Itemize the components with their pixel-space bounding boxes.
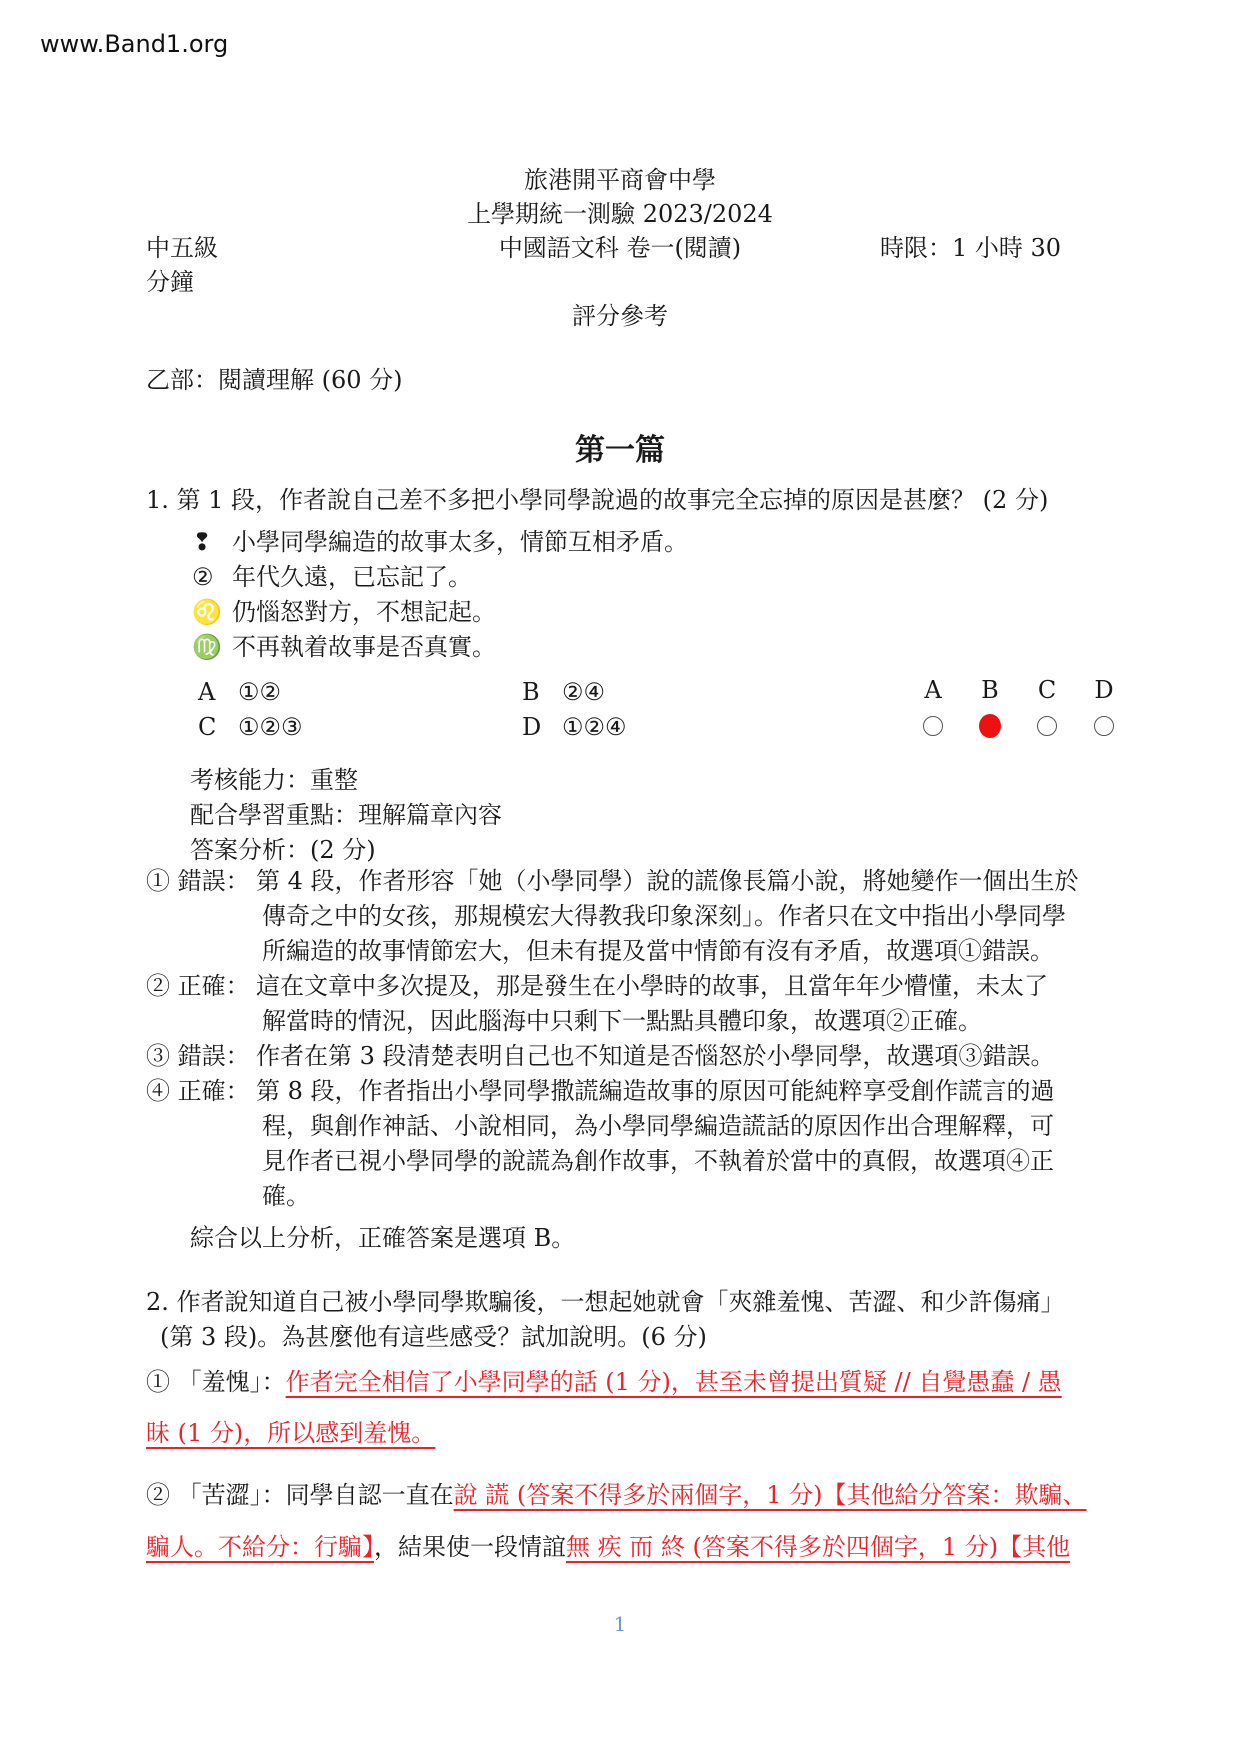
analysis-item-4: ④ 正確：第 8 段，作者指出小學同學撒謊編造故事的原因可能純粹享受創作謊言的過… bbox=[146, 1074, 1055, 1214]
q2-answer-1-cont: 昧 (1 分)，所以感到羞愧。 bbox=[146, 1413, 435, 1448]
statement-mark-icon: ♌ bbox=[192, 598, 232, 626]
section-heading: 乙部：閱讀理解 (60 分) bbox=[146, 360, 403, 395]
bubble-letter-d: D bbox=[1089, 676, 1119, 704]
doc-type: 評分參考 bbox=[0, 296, 1240, 331]
time-limit-cont: 分鐘 bbox=[146, 262, 194, 297]
statement-mark-icon: ② bbox=[192, 563, 232, 591]
watermark: www.Band1.org bbox=[40, 30, 228, 58]
conclusion: 綜合以上分析，正確答案是選項 B。 bbox=[190, 1218, 575, 1253]
q2-answer-2-cont: 騙人。不給分：行騙】，結果使一段情誼無 疾 而 終 (答案不得多於四個字，1 分… bbox=[146, 1527, 1070, 1562]
bubble-letter-b: B bbox=[975, 676, 1005, 704]
learning-focus: 配合學習重點：理解篇章內容 bbox=[190, 795, 502, 830]
assessed-ability: 考核能力：重整 bbox=[190, 760, 358, 795]
q1-stem: 1. 第 1 段，作者說自己差不多把小學同學說過的故事完全忘掉的原因是甚麼？ (… bbox=[146, 480, 1048, 515]
choice-a: A①② bbox=[198, 678, 281, 706]
statement-mark-icon: ♍ bbox=[192, 633, 232, 661]
statement-mark-icon: ❢ bbox=[192, 528, 232, 556]
passage-title: 第一篇 bbox=[0, 425, 1240, 469]
school-name: 旅港開平商會中學 bbox=[0, 160, 1240, 195]
analysis-item-1: ① 錯誤：第 4 段，作者形容「她（小學同學）說的謊像長篇小說，將她變作一個出生… bbox=[146, 864, 1079, 969]
q1-statement-1: ❢小學同學編造的故事太多，情節互相矛盾。 bbox=[192, 522, 688, 557]
q2-answer-2: ② 「苦澀」：同學自認一直在說 謊 (答案不得多於兩個字，1 分)【其他給分答案… bbox=[146, 1475, 1087, 1510]
analysis-item-3: ③ 錯誤：作者在第 3 段清楚表明自己也不知道是否惱怒於小學同學，故選項③錯誤。 bbox=[146, 1039, 1055, 1074]
bubble-d[interactable] bbox=[1094, 716, 1114, 736]
q1-statement-2: ②年代久遠，已忘記了。 bbox=[192, 557, 472, 592]
exam-title: 上學期統一測驗 2023/2024 bbox=[0, 194, 1240, 229]
q2-stem-line1: 2. 作者說知道自己被小學同學欺騙後，一想起她就會「夾雜羞愧、苦澀、和少許傷痛」 bbox=[146, 1282, 1065, 1317]
bubble-a[interactable] bbox=[923, 716, 943, 736]
q2-answer-1: ① 「羞愧」：作者完全相信了小學同學的話 (1 分)，甚至未曾提出質疑 // 自… bbox=[146, 1362, 1062, 1397]
choice-c: C①②③ bbox=[198, 713, 303, 741]
bubble-letter-a: A bbox=[918, 676, 948, 704]
page-number: 1 bbox=[0, 1612, 1240, 1636]
analysis-title: 答案分析：(2 分) bbox=[190, 830, 376, 865]
bubble-c[interactable] bbox=[1037, 716, 1057, 736]
time-limit: 時限：1 小時 30 bbox=[880, 228, 1061, 263]
bubble-letter-c: C bbox=[1032, 676, 1062, 704]
q1-statement-4: ♍不再執着故事是否真實。 bbox=[192, 627, 496, 662]
choice-b: B②④ bbox=[522, 678, 605, 706]
q1-statement-3: ♌仍惱怒對方，不想記起。 bbox=[192, 592, 496, 627]
analysis-item-2: ② 正確：這在文章中多次提及，那是發生在小學時的故事，且當年年少懵懂，未太了 解… bbox=[146, 969, 1048, 1039]
q2-stem-line2: (第 3 段)。為甚麼他有這些感受？試加說明。(6 分) bbox=[160, 1317, 707, 1352]
choice-d: D①②④ bbox=[522, 713, 627, 741]
bubble-b-selected[interactable] bbox=[979, 714, 1001, 738]
